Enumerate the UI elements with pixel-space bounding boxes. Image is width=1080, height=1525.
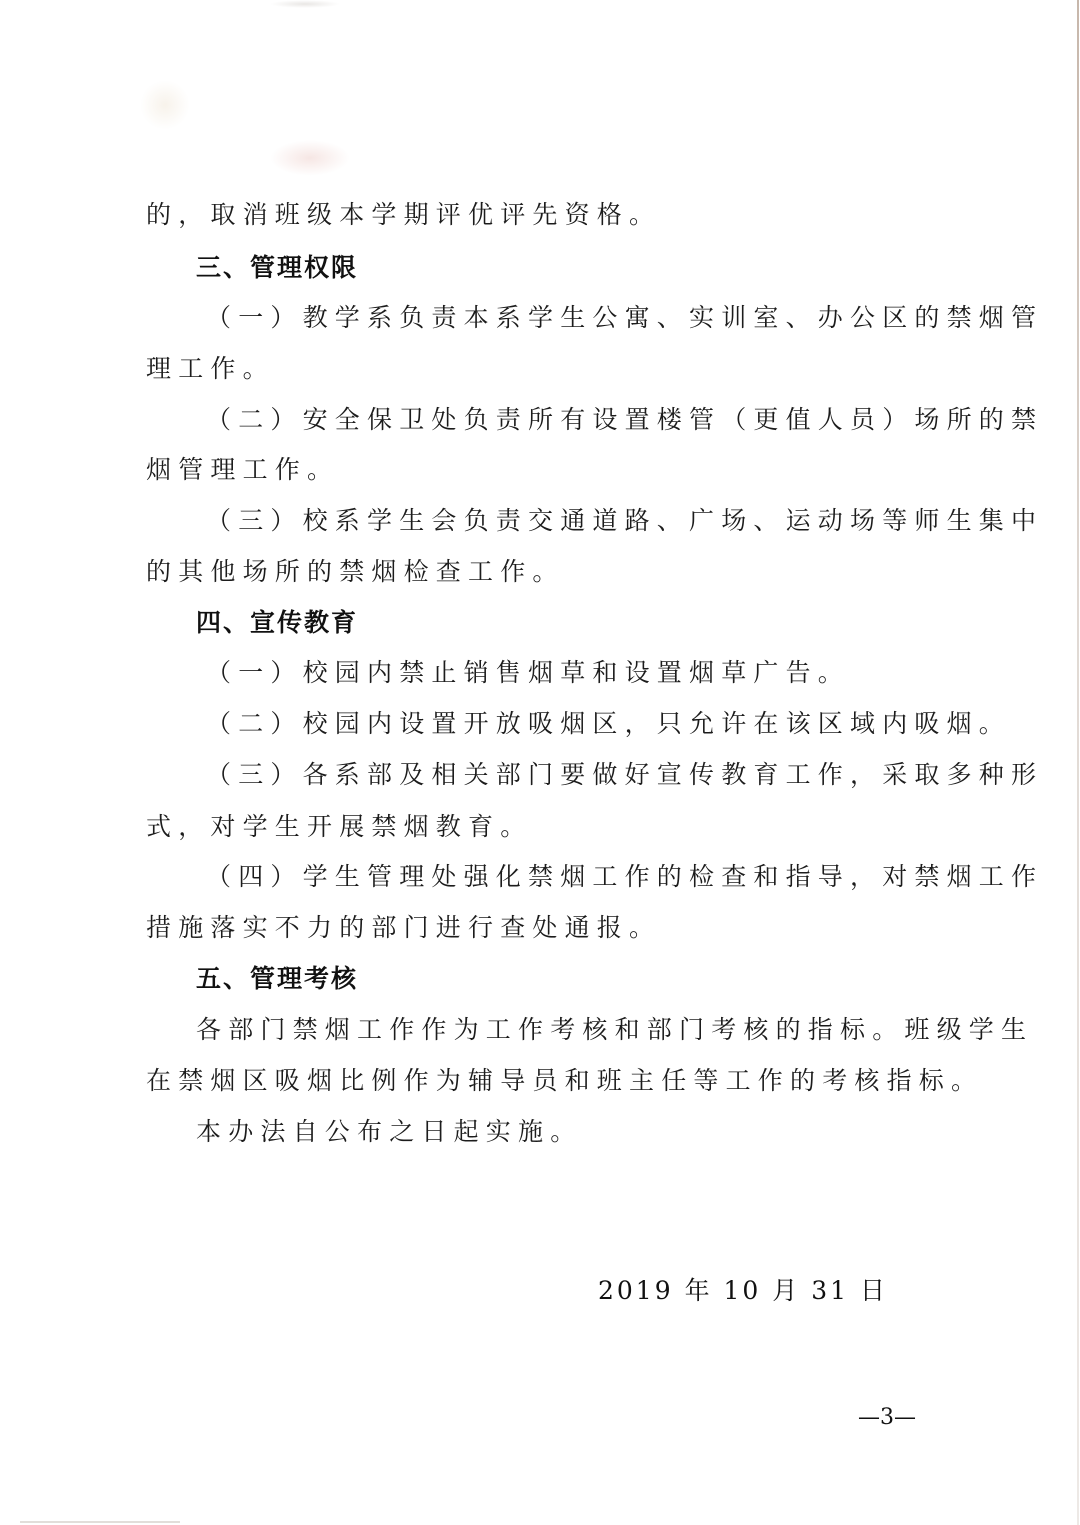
paragraph-line: （三）校系学生会负责交通道路、广场、运动场等师生集中: [206, 506, 1043, 536]
scan-artifact: [270, 140, 350, 176]
paragraph-line: 理工作。: [146, 354, 275, 384]
paragraph-line: 措施落实不力的部门进行查处通报。: [146, 913, 661, 943]
paragraph-line: （一）校园内禁止销售烟草和设置烟草广告。: [206, 658, 850, 688]
paragraph-line: （四）学生管理处强化禁烟工作的检查和指导，对禁烟工作: [206, 862, 1043, 892]
scan-artifact: [270, 0, 340, 8]
paragraph-line: 烟管理工作。: [146, 455, 339, 485]
paragraph-line: （三）各系部及相关部门要做好宣传教育工作，采取多种形: [206, 760, 1043, 790]
scan-artifact: [140, 80, 190, 130]
paragraph-line: （二）校园内设置开放吸烟区，只允许在该区域内吸烟。: [206, 709, 1011, 739]
paragraph-line: 式，对学生开展禁烟教育。: [146, 812, 532, 842]
paragraph-line: 的其他场所的禁烟检查工作。: [146, 557, 565, 587]
paragraph-line: 各部门禁烟工作作为工作考核和部门考核的指标。班级学生: [196, 1015, 1033, 1045]
paragraph-line: （二）安全保卫处负责所有设置楼管（更值人员）场所的禁: [206, 405, 1043, 435]
section-heading-publicity-education: 四、宣传教育: [196, 608, 358, 638]
closing-statement: 本办法自公布之日起实施。: [196, 1117, 582, 1147]
document-date: 2019 年 10 月 31 日: [598, 1271, 888, 1307]
page-edge-bottom: [20, 1521, 180, 1523]
paragraph-line: （一）教学系负责本系学生公寓、实训室、办公区的禁烟管: [206, 303, 1043, 333]
page-number: —3—: [858, 1405, 916, 1430]
continuation-line: 的，取消班级本学期评优评先资格。: [146, 200, 661, 230]
section-heading-management-assessment: 五、管理考核: [196, 964, 358, 994]
page-edge-shadow: [1077, 0, 1079, 1525]
section-heading-management-authority: 三、管理权限: [196, 253, 358, 283]
paragraph-line: 在禁烟区吸烟比例作为辅导员和班主任等工作的考核指标。: [146, 1066, 983, 1096]
